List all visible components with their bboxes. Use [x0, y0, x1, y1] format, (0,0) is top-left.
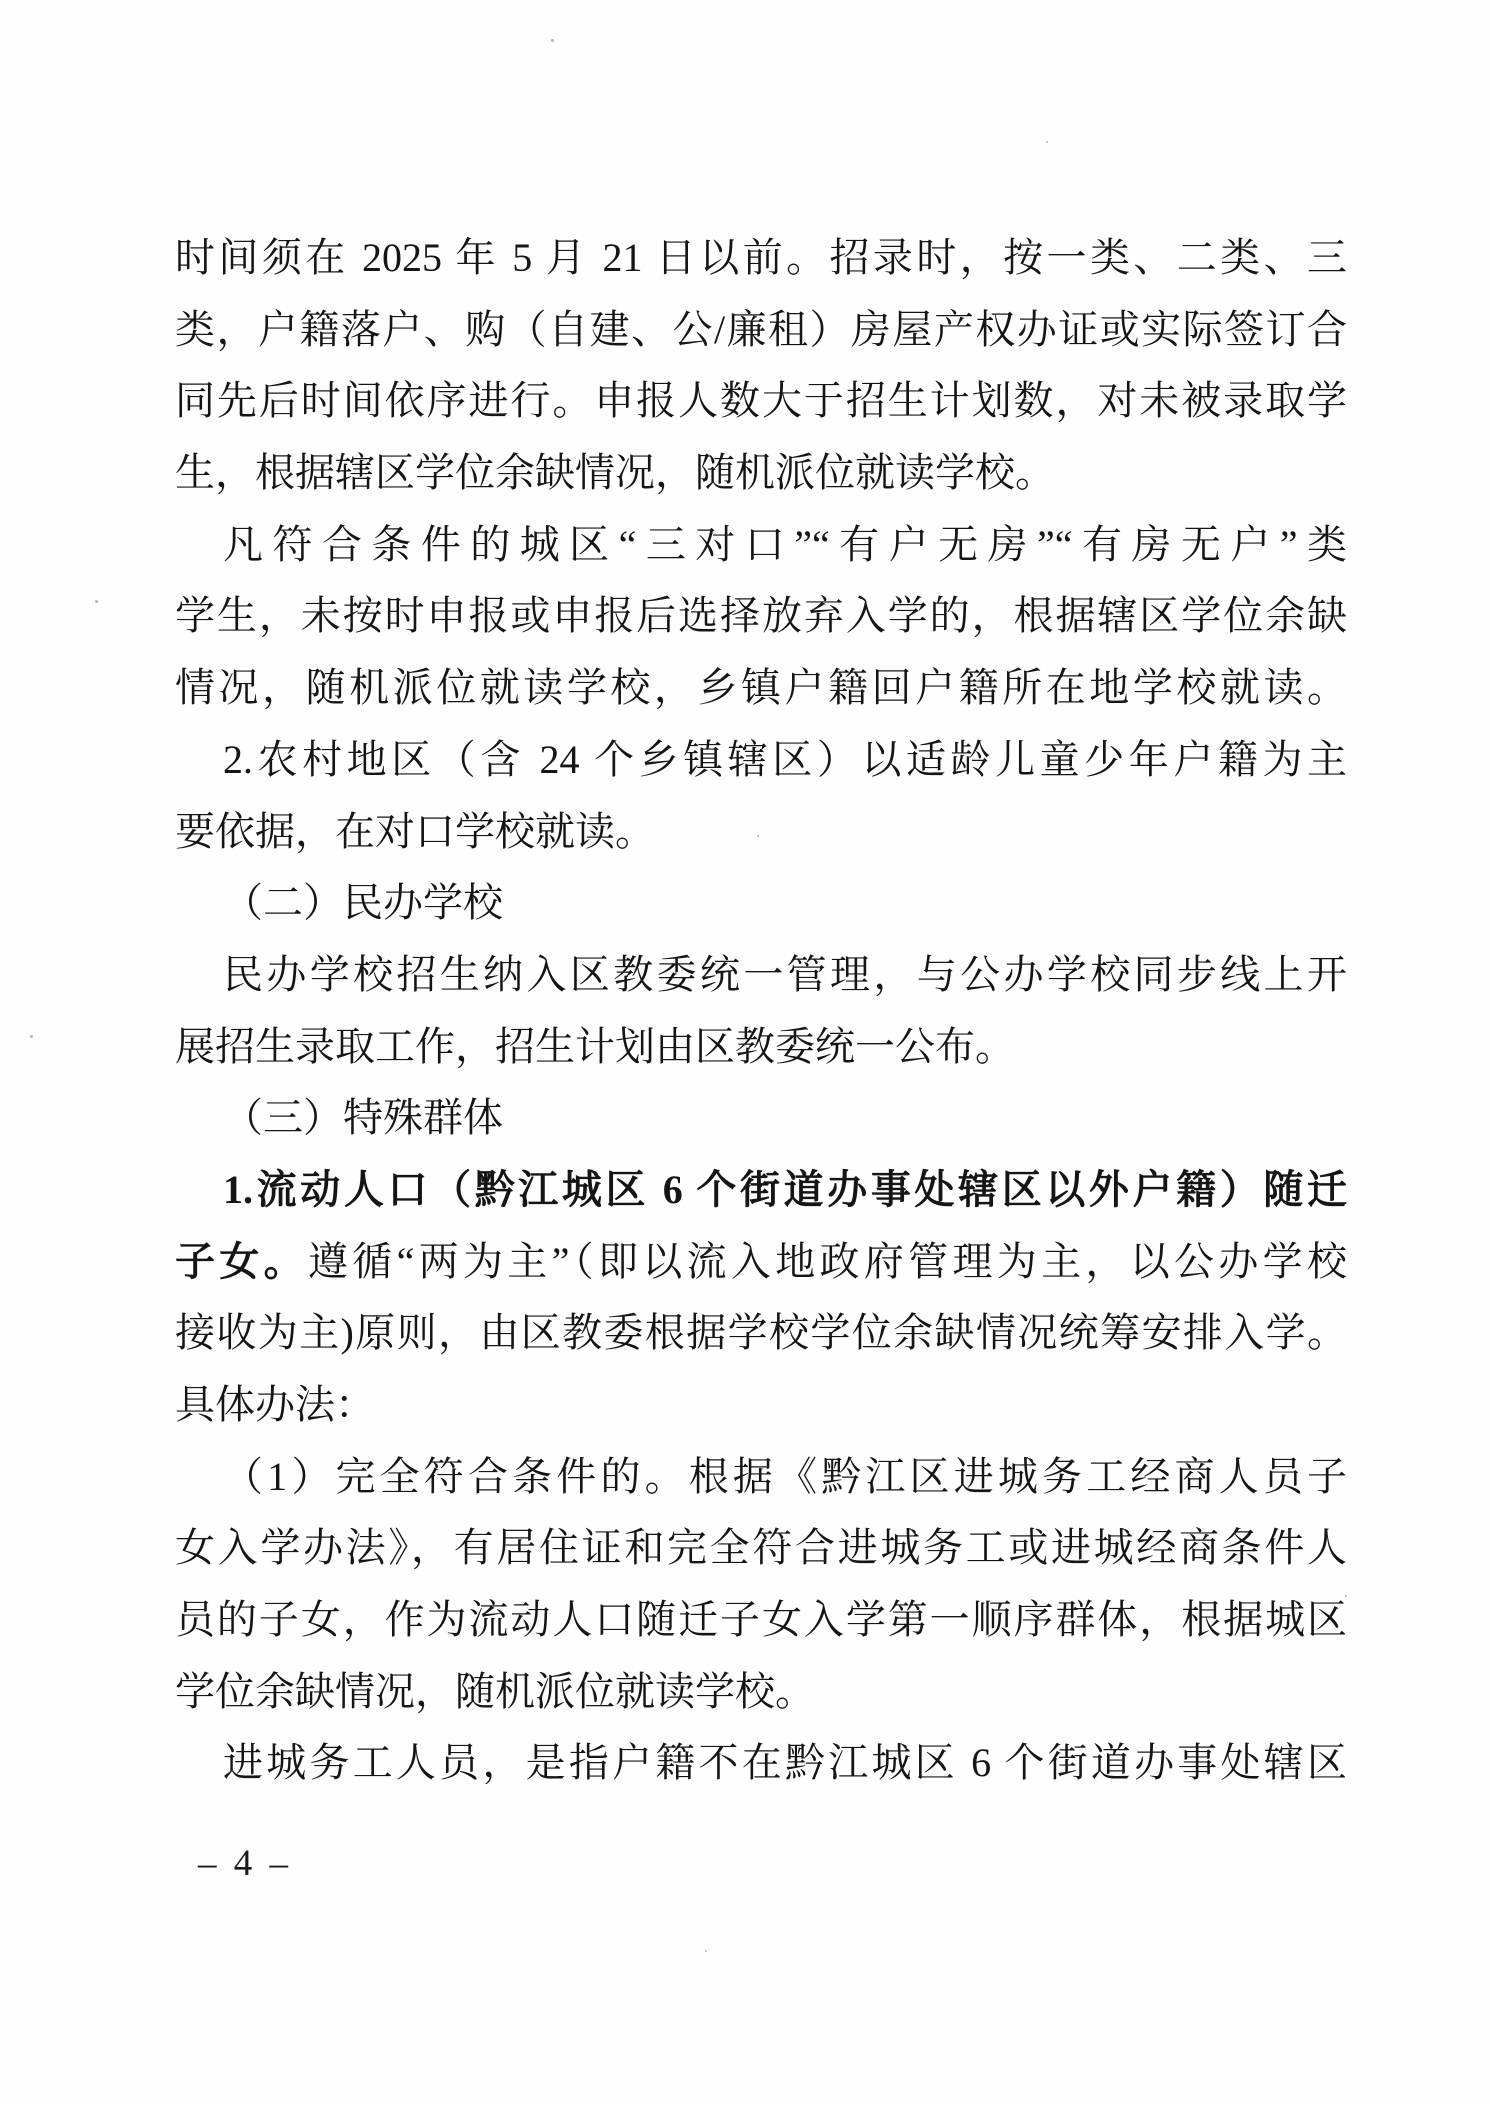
scan-speck: [95, 600, 98, 603]
document-text: 时间须在 2025 年 5 月 21 日以前。招录时，按一类、二类、三类，户籍落…: [175, 222, 1347, 1799]
text-line: 类，户籍落户、购（自建、公/廉租）房屋产权办证或实际签订合: [175, 294, 1347, 366]
text-line: （1）完全符合条件的。根据《黔江区进城务工经商人员子: [175, 1441, 1347, 1513]
text-line: 员的子女，作为流动人口随迁子女入学第一顺序群体，根据城区: [175, 1584, 1347, 1656]
scan-speck: [705, 1950, 707, 1952]
text-segment: （三）特殊群体: [223, 1095, 503, 1140]
document-page: 时间须在 2025 年 5 月 21 日以前。招录时，按一类、二类、三类，户籍落…: [0, 0, 1490, 2104]
text-segment: 接收为主)原则，由区教委根据学校学位余缺情况统筹安排入学。: [175, 1310, 1347, 1355]
text-segment: 时间须在 2025 年 5 月 21 日以前。招录时，按一类、二类、三: [175, 235, 1347, 280]
text-segment: 凡符合条件的城区“三对口”“有户无房”“有房无户”类: [223, 522, 1347, 567]
text-segment: 同先后时间依序进行。申报人数大于招生计划数，对未被录取学: [175, 378, 1347, 423]
page-number: – 4 –: [198, 1842, 292, 1885]
text-line: 学生，未按时申报或申报后选择放弃入学的，根据辖区学位余缺: [175, 580, 1347, 652]
text-line: 接收为主)原则，由区教委根据学校学位余缺情况统筹安排入学。: [175, 1297, 1347, 1369]
scan-speck: [1046, 141, 1048, 143]
text-segment: 要依据，在对口学校就读。: [175, 809, 655, 854]
text-segment: 遵循“两为主”（即以流入地政府管理为主，以公办学校: [308, 1239, 1347, 1284]
text-line: 1.流动人口（黔江城区 6 个街道办事处辖区以外户籍）随迁: [175, 1154, 1347, 1226]
text-line: 学位余缺情况，随机派位就读学校。: [175, 1656, 1347, 1728]
text-line: 具体办法：: [175, 1369, 1347, 1441]
text-segment: （二）民办学校: [223, 880, 503, 925]
text-segment: 具体办法：: [175, 1382, 375, 1427]
text-line: 同先后时间依序进行。申报人数大于招生计划数，对未被录取学: [175, 365, 1347, 437]
text-segment: 2.农村地区（含 24 个乡镇辖区）以适龄儿童少年户籍为主: [223, 737, 1347, 782]
text-segment: 员的子女，作为流动人口随迁子女入学第一顺序群体，根据城区: [175, 1597, 1347, 1642]
text-segment: 子女。: [175, 1239, 308, 1284]
text-line: 2.农村地区（含 24 个乡镇辖区）以适龄儿童少年户籍为主: [175, 724, 1347, 796]
text-line: （三）特殊群体: [175, 1082, 1347, 1154]
text-segment: 学位余缺情况，随机派位就读学校。: [175, 1669, 815, 1714]
scan-speck: [551, 39, 554, 42]
scan-speck: [757, 835, 759, 837]
text-line: 女入学办法》，有居住证和完全符合进城务工或进城经商条件人: [175, 1512, 1347, 1584]
text-line: 民办学校招生纳入区教委统一管理，与公办学校同步线上开: [175, 939, 1347, 1011]
text-segment: 类，户籍落户、购（自建、公/廉租）房屋产权办证或实际签订合: [175, 307, 1347, 352]
text-line: 要依据，在对口学校就读。: [175, 796, 1347, 868]
text-segment: 学生，未按时申报或申报后选择放弃入学的，根据辖区学位余缺: [175, 593, 1347, 638]
text-segment: 展招生录取工作，招生计划由区教委统一公布。: [175, 1024, 1015, 1069]
scan-speck: [30, 1035, 33, 1038]
text-line: 情况，随机派位就读学校，乡镇户籍回户籍所在地学校就读。: [175, 652, 1347, 724]
text-line: （二）民办学校: [175, 867, 1347, 939]
text-line: 展招生录取工作，招生计划由区教委统一公布。: [175, 1011, 1347, 1083]
text-line: 进城务工人员，是指户籍不在黔江城区 6 个街道办事处辖区: [175, 1727, 1347, 1799]
text-line: 时间须在 2025 年 5 月 21 日以前。招录时，按一类、二类、三: [175, 222, 1347, 294]
text-segment: 进城务工人员，是指户籍不在黔江城区 6 个街道办事处辖区: [223, 1740, 1347, 1785]
scan-speck: [1345, 1595, 1347, 1597]
text-segment: 情况，随机派位就读学校，乡镇户籍回户籍所在地学校就读。: [175, 665, 1347, 710]
text-segment: 女入学办法》，有居住证和完全符合进城务工或进城经商条件人: [175, 1525, 1347, 1570]
text-segment: 1.流动人口（黔江城区 6 个街道办事处辖区以外户籍）随迁: [223, 1167, 1347, 1212]
text-segment: （1）完全符合条件的。根据《黔江区进城务工经商人员子: [223, 1454, 1347, 1499]
text-line: 生，根据辖区学位余缺情况，随机派位就读学校。: [175, 437, 1347, 509]
text-line: 凡符合条件的城区“三对口”“有户无房”“有房无户”类: [175, 509, 1347, 581]
text-line: 子女。遵循“两为主”（即以流入地政府管理为主，以公办学校: [175, 1226, 1347, 1298]
text-segment: 民办学校招生纳入区教委统一管理，与公办学校同步线上开: [223, 952, 1347, 997]
text-segment: 生，根据辖区学位余缺情况，随机派位就读学校。: [175, 450, 1055, 495]
